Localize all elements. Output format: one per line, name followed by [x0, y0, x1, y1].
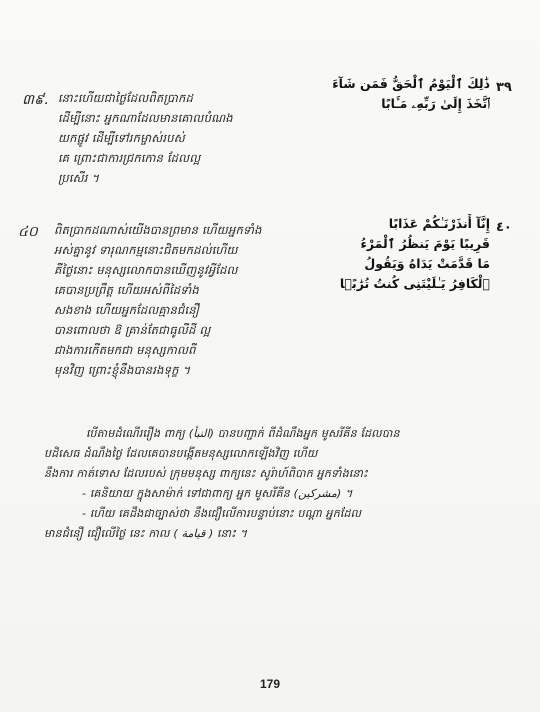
khmer-line: មុនវិញ ព្រោះខ្ញុំនឹងបានរងទុក្ខ ។ [54, 360, 299, 380]
manuscript-page: ៣៩. នោះហើយជាថ្ងៃដែលពិតប្រាកដ ដើម្បីនោះ អ… [0, 0, 540, 712]
khmer-line: យកផ្លូវ ដើម្បីទៅរកម្ចាស់របស់ [58, 128, 298, 148]
khmer-line: គេ ព្រោះជាការជ្រកកោន ដែលល្អ [58, 148, 298, 168]
khmer-line: នោះហើយជាថ្ងៃដែលពិតប្រាកដ [58, 88, 298, 108]
khmer-line: ដើម្បីនោះ អ្នកណាដែលមានគោលបំណង [58, 108, 298, 128]
khmer-line: គឺថ្ងៃនោះ មនុស្សលោកបានឃើញនូវអ្វីដែល [54, 260, 299, 280]
commentary-line: បើតាមដំណើររឿង ពាក្យ (النبأ) បានបញ្ជាក់ ព… [44, 424, 524, 444]
commentary-line: បដិសេធ ដំណឹងថ្ងៃ ដែលគេបានបង្កើតមនុស្សលោក… [44, 444, 524, 464]
arabic-line: ذَٰلِكَ ٱلْيَوْمُ ٱلْحَقُّ فَمَن شَآءَ [300, 74, 490, 94]
arabic-verse-39: ذَٰلِكَ ٱلْيَوْمُ ٱلْحَقُّ فَمَن شَآءَ ٱ… [300, 74, 490, 114]
arabic-line: إِنَّآ أَنذَرْنَـٰكُمْ عَذَابًا [300, 214, 490, 234]
arabic-verse-number: ٣٩ [496, 80, 512, 95]
commentary-line: មានជំនឿ ជឿលើថ្ងៃ នេះ កាល ( قيامة ) នោះ ។ [44, 524, 524, 544]
khmer-verse-number: ៣៩. [22, 90, 48, 111]
arabic-line: ٱتَّخَذَ إِلَىٰ رَبِّهِۦ مَـَٔابًا [300, 94, 490, 114]
khmer-verse-number: ៤០ [18, 222, 38, 243]
arabic-verse-40: إِنَّآ أَنذَرْنَـٰكُمْ عَذَابًا قَرِيبًا… [300, 214, 490, 294]
commentary-line: នឹងការ កាត់ទោស ដែលរបស់ ក្រុមមនុស្ស ពាក្យ… [44, 464, 524, 484]
khmer-line: ប្រសើរ ។ [58, 168, 298, 188]
khmer-line: បានពោលថា ឱ គ្រាន់តែជាធូលីដី ល្អ [54, 320, 299, 340]
khmer-line: អស់គ្នានូវ ទារុណកម្មនោះជិតមកដល់ហើយ [54, 240, 299, 260]
commentary-bullet: - គេនិយាយ ក្នុងសាម៉ាក់ ទៅជាពាក្យ អ្នក មូ… [44, 484, 524, 504]
page-number: 179 [0, 677, 540, 691]
khmer-line: ជាងការកើតមកជា មនុស្សកាលពី [54, 340, 299, 360]
khmer-translation-40: ពិតប្រាកដណាស់យើងបានព្រមាន ហើយអ្នកទាំង អស… [54, 220, 299, 380]
khmer-translation-39: នោះហើយជាថ្ងៃដែលពិតប្រាកដ ដើម្បីនោះ អ្នកណ… [58, 88, 298, 188]
khmer-line: ពិតប្រាកដណាស់យើងបានព្រមាន ហើយអ្នកទាំង [54, 220, 299, 240]
khmer-line: គេបានប្រព្រឹត្ត ហើយអស់ពីដៃទាំង [54, 280, 299, 300]
arabic-line: قَرِيبًا يَوْمَ يَنظُرُ ٱلْمَرْءُ [300, 234, 490, 254]
khmer-line: សងខាង ហើយអ្នកដែលគ្មានជំនឿ [54, 300, 299, 320]
commentary: បើតាមដំណើររឿង ពាក្យ (النبأ) បានបញ្ជាក់ ព… [44, 424, 524, 544]
arabic-line: ٱلْكَافِرُ يَـٰلَيْتَنِى كُنتُ تُرَٰبًۢا [300, 274, 490, 294]
commentary-bullet: - ហើយ គេដឹងជាច្បាស់ថា នឹងជឿលើការបន្ទាប់ន… [44, 504, 524, 524]
arabic-line: مَا قَدَّمَتْ يَدَاهُ وَيَقُولُ [300, 254, 490, 274]
arabic-verse-number: ٤٠ [496, 220, 512, 235]
